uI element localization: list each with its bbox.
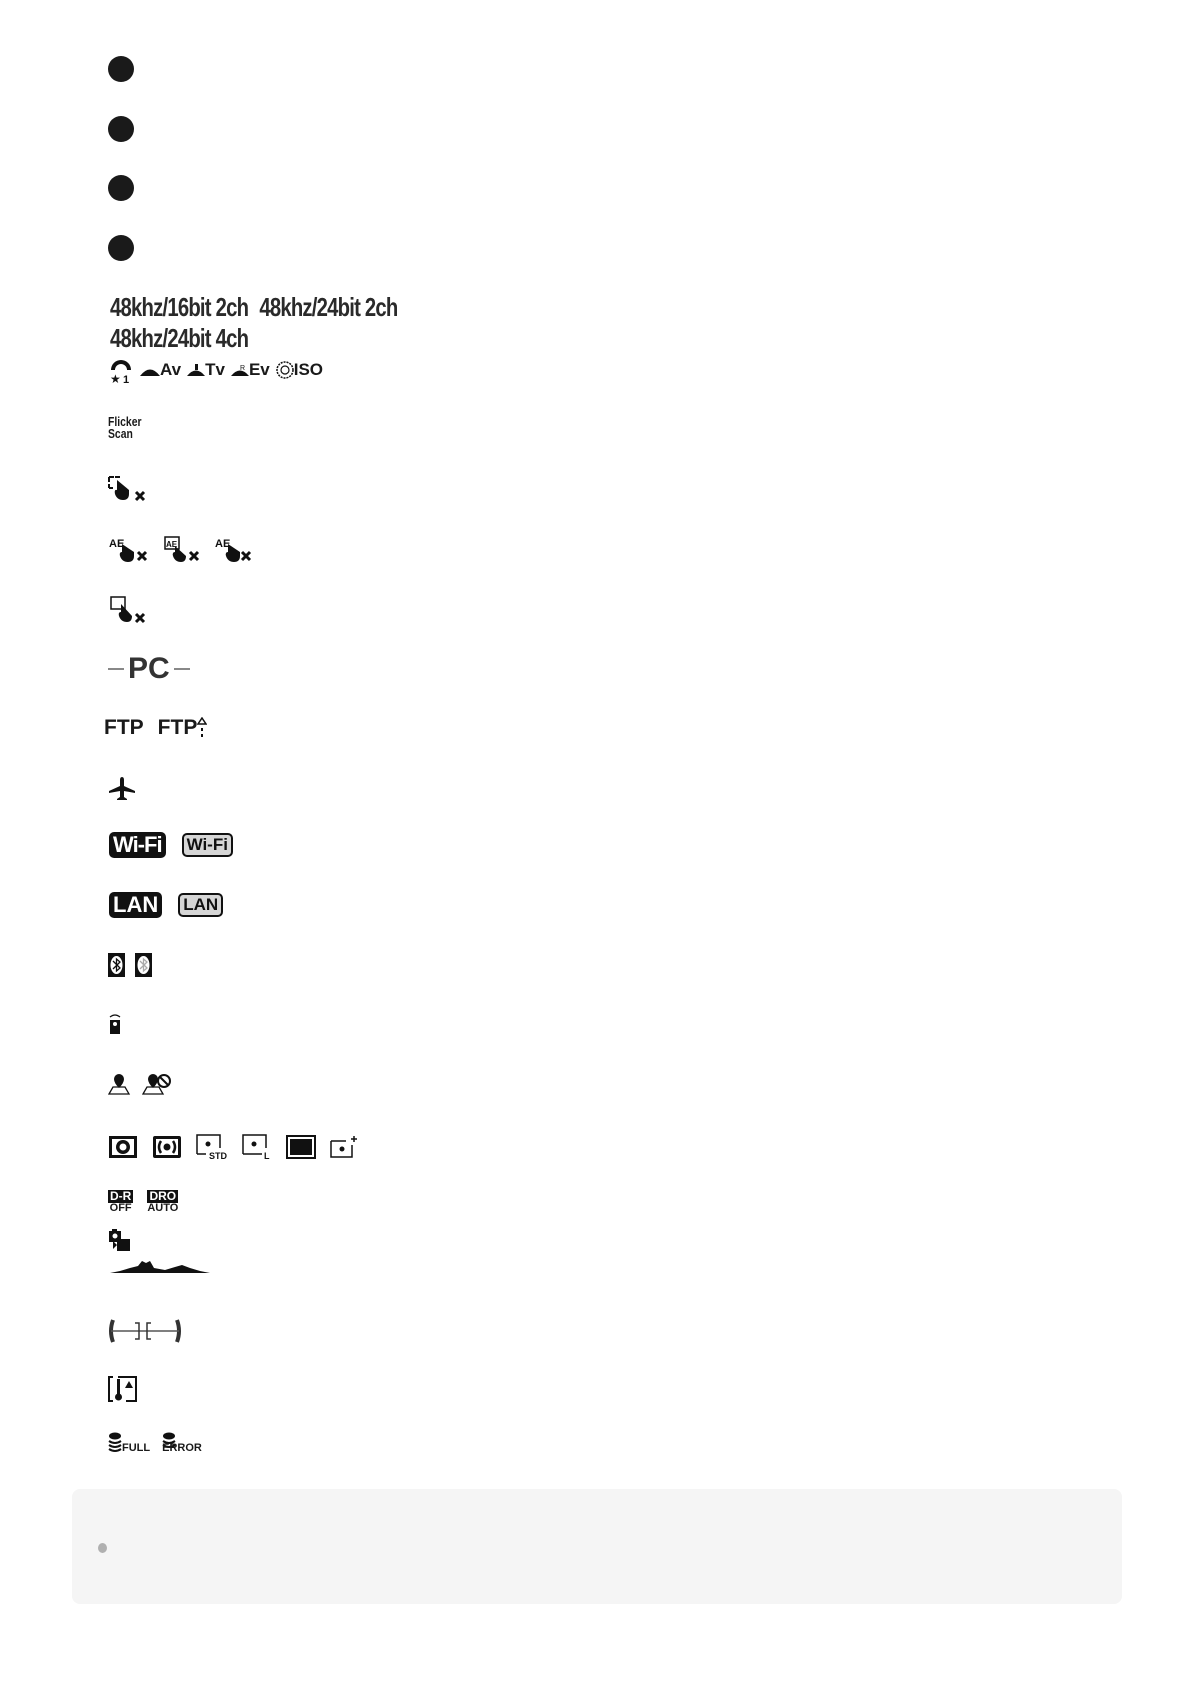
ftp-icon: FTP (104, 716, 144, 740)
metering-highlight-icon (330, 1135, 358, 1159)
av-dial-icon: Av (140, 360, 181, 380)
location-info-unavailable-icon (142, 1073, 172, 1095)
metering-spot-large-icon: L (242, 1134, 272, 1160)
bullet-row-1 (108, 56, 134, 82)
metering-multi-icon (108, 1135, 138, 1159)
bluetooth-remote-icon (108, 1013, 122, 1035)
lan-disconnected-icon: LAN (178, 893, 223, 917)
note-box (72, 1489, 1122, 1604)
metering-entire-average-icon (286, 1135, 316, 1159)
custom-dial-star-icon: ★1 (108, 356, 134, 384)
media-full-icon: FULL (108, 1432, 150, 1454)
touch-ae-frame-disabled-icon: AE (108, 536, 150, 564)
svg-text:1: 1 (123, 374, 129, 384)
audio-format-1: 48khz/16bit 2ch (110, 292, 248, 322)
ev-dial-icon: R Ev (231, 360, 270, 380)
pc-connection-icon: PC (108, 652, 190, 686)
bullet-dot-icon (108, 56, 134, 82)
ftp-transfer-icon: FTP (158, 716, 208, 740)
flicker-scan-icon: Flicker Scan (108, 416, 150, 440)
iso-dial-icon: ISO (276, 360, 323, 380)
dro-auto-icon: DRO AUTO (147, 1190, 178, 1214)
histogram-icon (110, 1258, 210, 1274)
bullet-dot-icon (108, 235, 134, 261)
picture-profile-icon (108, 1228, 132, 1252)
wifi-icons-row: Wi-Fi Wi-Fi (109, 832, 233, 858)
airplane-mode-icon (108, 776, 136, 802)
dial-icons-row: ★1 Av Tv R Ev ISO (108, 356, 323, 384)
touch-tracking-disabled-icon (108, 596, 150, 626)
svg-text:L: L (264, 1151, 270, 1160)
touch-ae-tracking-disabled-icon: AE (162, 536, 202, 564)
bullet-row-3 (108, 175, 134, 201)
metering-icons-row: STD L (108, 1134, 358, 1160)
bluetooth-icons-row (108, 953, 152, 977)
svg-text:R: R (240, 365, 245, 372)
note-bullet-icon (98, 1543, 107, 1553)
lan-connected-icon: LAN (109, 892, 162, 918)
bullet-row-4 (108, 235, 134, 261)
media-error-icon: ERROR (162, 1432, 202, 1454)
temperature-warning-icon (108, 1376, 138, 1402)
audio-format-3: 48khz/24bit 4ch (110, 323, 248, 353)
audio-format-row: 48khz/16bit 2ch 48khz/24bit 2ch 48khz/24… (110, 292, 590, 354)
touch-ae-icons-row: AE AE AE (108, 536, 254, 564)
bluetooth-disconnected-icon (135, 953, 152, 977)
media-status-icons-row: FULL ERROR (108, 1432, 202, 1454)
dro-off-icon: D-R OFF (108, 1190, 133, 1214)
svg-text:AE: AE (109, 538, 124, 550)
wifi-connected-icon: Wi-Fi (109, 832, 166, 858)
metering-spot-std-icon: STD (196, 1134, 228, 1160)
tv-dial-icon: Tv (187, 360, 225, 380)
bullet-dot-icon (108, 175, 134, 201)
touch-ae-disabled-icon: AE (214, 536, 254, 564)
svg-text:★: ★ (110, 372, 121, 384)
svg-text:AE: AE (215, 538, 230, 550)
digital-level-gauge-icon (108, 1318, 182, 1344)
touch-focus-disabled-icon (108, 476, 148, 504)
metering-center-icon (152, 1135, 182, 1159)
bullet-row-2 (108, 116, 134, 142)
wifi-disconnected-icon: Wi-Fi (182, 833, 233, 857)
dro-icons-row: D-R OFF DRO AUTO (108, 1190, 178, 1214)
location-info-icon (108, 1073, 132, 1095)
location-icons-row (108, 1073, 172, 1095)
bluetooth-connected-icon (108, 953, 125, 977)
bullet-dot-icon (108, 116, 134, 142)
audio-format-2: 48khz/24bit 2ch (259, 292, 397, 322)
lan-icons-row: LAN LAN (109, 892, 223, 918)
ftp-icons-row: FTP FTP (104, 716, 207, 740)
svg-text:STD: STD (209, 1151, 228, 1160)
